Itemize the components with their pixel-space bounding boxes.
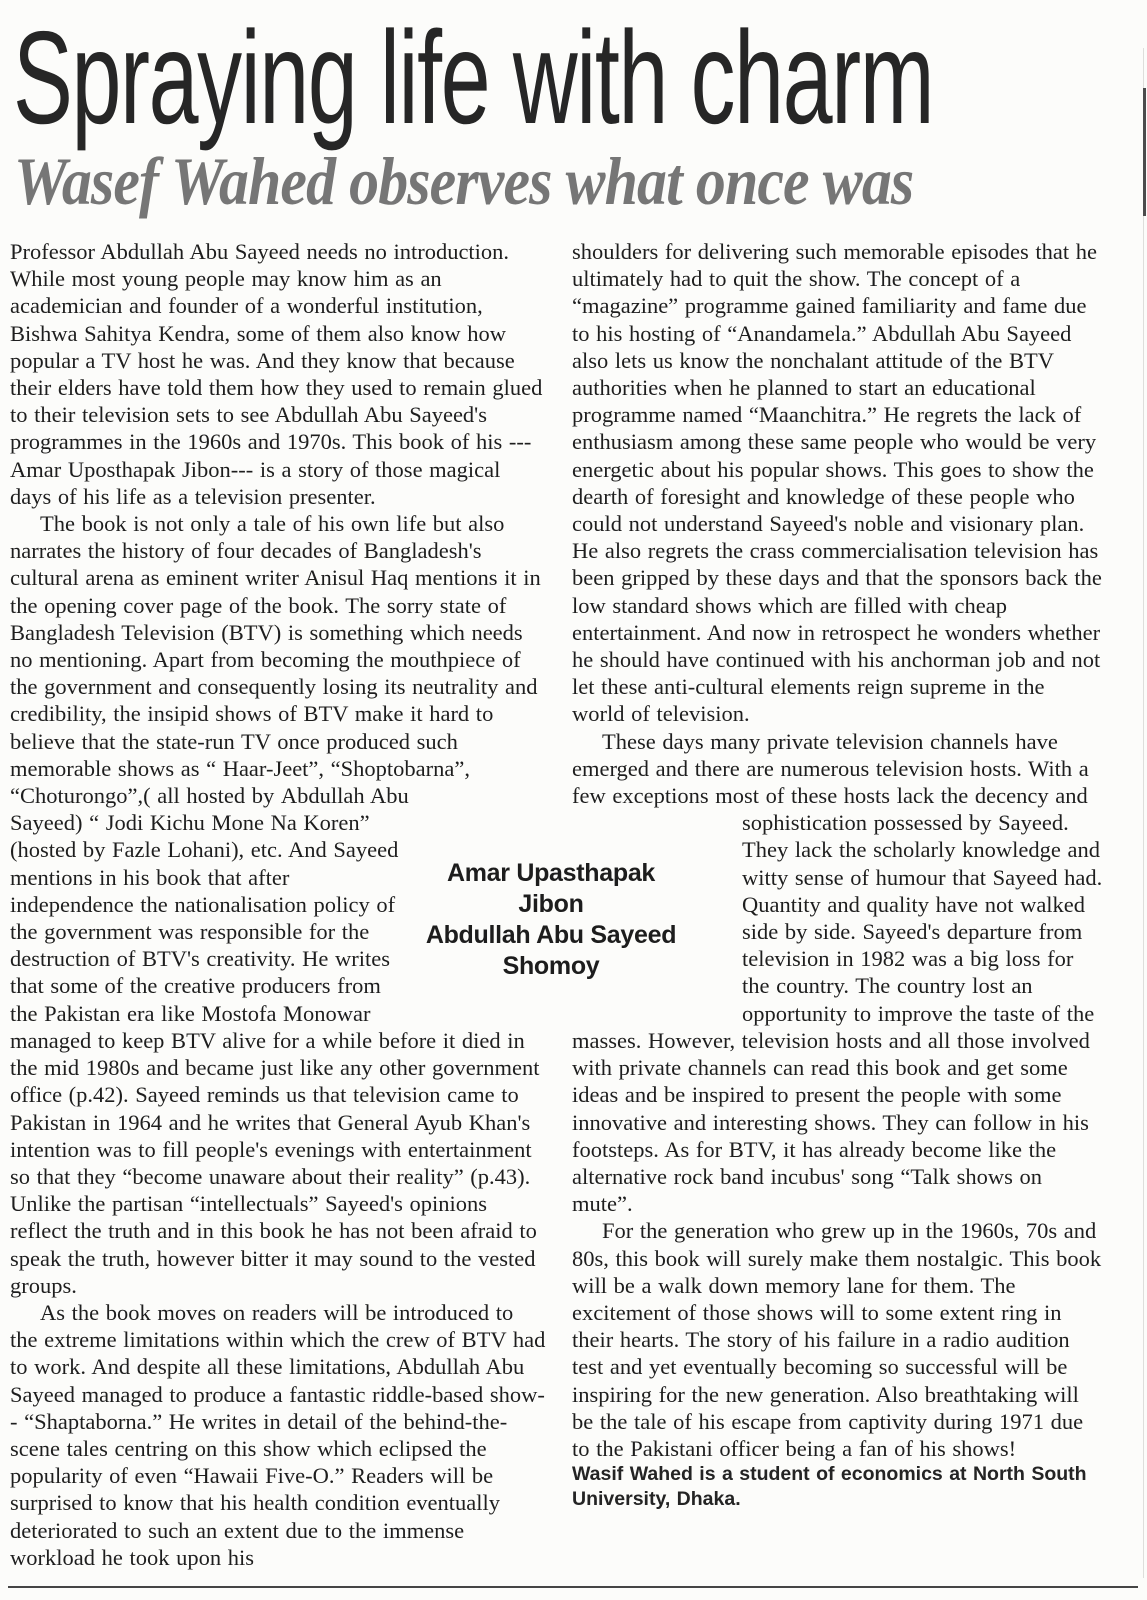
book-caption-line: Amar Upasthapak Jibon <box>422 858 680 920</box>
article-page: Spraying life with charm Wasef Wahed obs… <box>0 0 1147 1600</box>
paragraph-text: shoulders for delivering such memorable … <box>572 239 1102 726</box>
paragraph: shoulders for delivering such memorable … <box>572 238 1103 728</box>
page-edge-rule <box>1143 48 1144 1578</box>
book-caption: Amar Upasthapak Jibon Abdullah Abu Sayee… <box>422 858 680 982</box>
article-title: Spraying life with charm <box>13 12 933 144</box>
byline-line: University, Dhaka. <box>572 1488 741 1510</box>
paragraph: Professor Abdullah Abu Sayeed needs no i… <box>10 238 546 510</box>
author-byline: Wasif Wahed is a student of economics at… <box>572 1462 1103 1512</box>
byline-line: Wasif Wahed is a student of economics at… <box>572 1463 1087 1485</box>
paragraph-text: Professor Abdullah Abu Sayeed needs no i… <box>10 239 542 509</box>
bottom-rule <box>8 1586 1138 1588</box>
paragraph-text: The book is not only a tale of his own l… <box>10 511 541 808</box>
paragraph-text: As the book moves on readers will be int… <box>10 1300 545 1570</box>
scan-edge-mark <box>1143 88 1146 216</box>
paragraph: For the generation who grew up in the 19… <box>572 1217 1103 1462</box>
book-caption-line: Abdullah Abu Sayeed <box>422 920 680 951</box>
book-caption-line: Shomoy <box>422 951 680 982</box>
article-subtitle: Wasef Wahed observes what once was <box>14 147 913 215</box>
paragraph: As the book moves on readers will be int… <box>10 1299 546 1571</box>
paragraph-text: For the generation who grew up in the 19… <box>572 1218 1101 1461</box>
